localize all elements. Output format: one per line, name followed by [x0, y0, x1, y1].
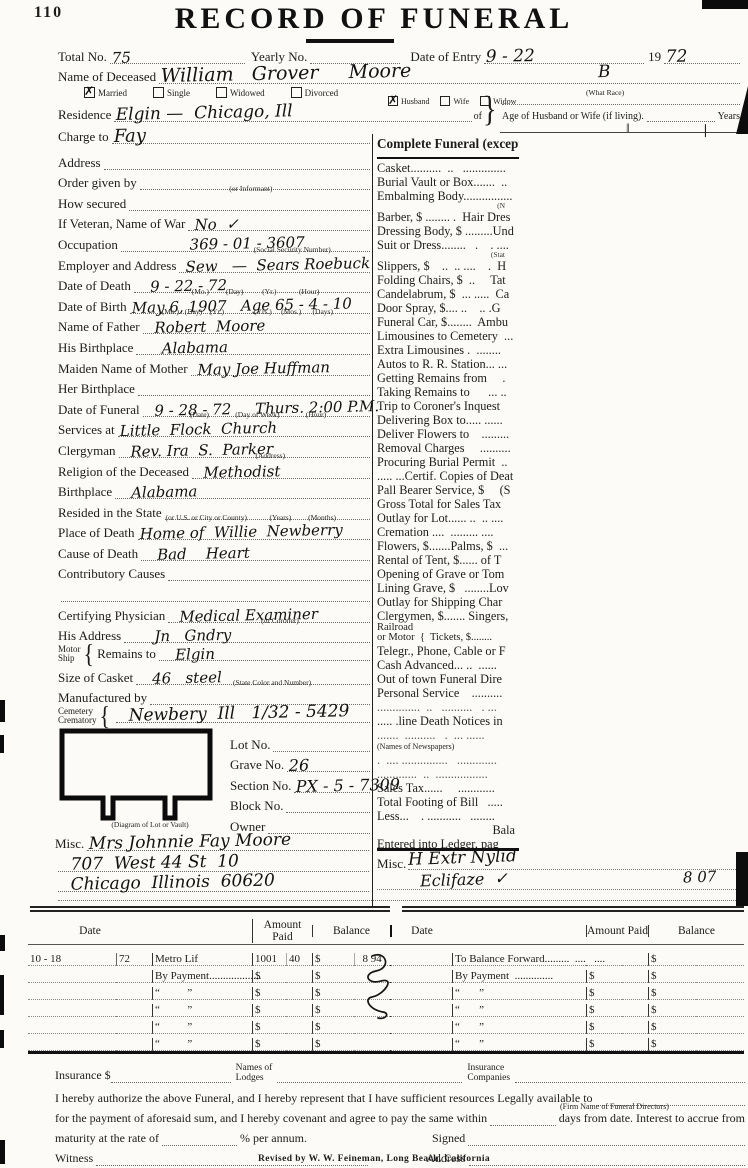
cell-amount-cents [286, 1033, 312, 1034]
charge-item: Less... . ........... ........ [377, 809, 519, 823]
charge-item: ............. .. ................. [377, 767, 519, 781]
misc-row-2: 707 West 44 St 10 [55, 851, 369, 871]
cell-balance-dollars-right: $ [648, 987, 696, 1000]
checkbox-label: Married [98, 88, 127, 98]
cell-description-right: “ ” [452, 1021, 586, 1034]
cell-amount-dollars-right [586, 965, 622, 966]
field-sublabel: (Date) (Day of Week) (Hour) [128, 411, 326, 418]
ledger-row: “ ” $ $ “ ” $ $ [28, 1034, 744, 1051]
charge-item: Procuring Burial Permit .. [377, 455, 519, 469]
charges-column: Complete Funeral (except o Casket.......… [377, 137, 519, 851]
charge-item: Gross Total for Sales Tax [377, 497, 519, 511]
total-no-value: 75 [112, 49, 131, 67]
misc-value-3: Chicago Illinois 60620 [60, 870, 275, 894]
lot-field: Grave No. 26 [230, 752, 370, 773]
age-dots [647, 109, 715, 122]
date-of-entry-label: Date of Entry [410, 50, 481, 64]
field-list: Address Order given by (or Informant) [58, 149, 370, 643]
cell-amount-cents-right [622, 1033, 648, 1034]
residence-row: Residence Elgin — Chicago, Ill of [58, 104, 482, 122]
field-line: 26 [287, 757, 370, 772]
misc-right-line-2 [377, 888, 740, 890]
cell-year [116, 1016, 152, 1017]
form-field: Address [58, 149, 370, 170]
misc-right-label: Misc. [377, 856, 406, 872]
signed-line [468, 1133, 745, 1146]
charge-to-line: Fay [112, 129, 370, 144]
year-prefix: 19 [648, 50, 661, 64]
charge-item: Extra Limousines . ........ [377, 343, 519, 357]
charge-item: Taking Remains to ... .. [377, 385, 519, 399]
form-field: If Veteran, Name of War No ✓ [58, 211, 370, 232]
misc-right-amount: 8 07 [683, 867, 717, 886]
lot-diagram [57, 726, 219, 826]
form-field: Cause of Death Bad Heart [58, 540, 370, 561]
checkbox-icon [440, 96, 450, 106]
header-amount-left: Amount Paid [252, 919, 312, 943]
field-label: Order given by [58, 176, 137, 190]
charge-item: (Names of Newspapers) [377, 742, 519, 753]
ship-label: Ship [58, 654, 81, 663]
field-line [168, 566, 370, 581]
field-label: Date of Birth [58, 300, 127, 314]
misc-line-3: Chicago Illinois 60620 [58, 877, 369, 892]
cell-amount-cents-right [622, 1016, 648, 1017]
charge-item: Opening of Grave or Tom [377, 567, 519, 581]
rate-line [162, 1133, 237, 1146]
name-of-deceased-label: Name of Deceased [58, 70, 156, 84]
charge-item: Flowers, $.......Palms, $ ... [377, 539, 519, 553]
charge-item: Outlay for Lot...... .. .. .... [377, 511, 519, 525]
name-of-deceased-value: William Grover Moore [161, 60, 412, 87]
form-field: Contributory Causes [58, 561, 370, 582]
cemetery-stack: Cemetery Crematory [58, 707, 97, 725]
charge-item: Out of town Funeral Dire [377, 672, 519, 686]
field-list-2: Size of Casket 46 steel (State Color and… [58, 664, 370, 705]
separator-rule [30, 906, 390, 908]
form-field: Maiden Name of Mother May Joe Huffman [58, 355, 370, 376]
remains-to-field: Motor Ship { Remains to Elgin [58, 643, 370, 664]
cell-year [116, 999, 152, 1000]
charge-item: Cash Advanced... .. ...... [377, 658, 519, 672]
charge-item: (Stat [377, 252, 519, 259]
field-label: Employer and Address [58, 259, 176, 273]
cell-date [28, 1033, 116, 1034]
lodges-label-bottom: Lodges [236, 1074, 273, 1084]
charge-item: (N [377, 203, 519, 210]
cell-balance-dollars-right: $ [648, 1038, 696, 1051]
scan-artifact [0, 1140, 5, 1164]
field-label: Contributory Causes [58, 567, 165, 581]
cell-balance-cents-right [696, 1016, 744, 1017]
legal-text-2b: days from date. Interest to accrue from [559, 1111, 745, 1126]
legal-text-3a: maturity at the rate of [55, 1131, 159, 1146]
cell-description-right: “ ” [452, 987, 586, 1000]
charge-item: Cremation .... ......... .... [377, 525, 519, 539]
date-of-entry-value: 9 - 22 [486, 46, 535, 67]
tick-mark: ❘ [700, 122, 711, 138]
field-label: Religion of the Deceased [58, 465, 189, 479]
charge-item: Total Footing of Bill ..... [377, 795, 519, 809]
signed-label: Signed [432, 1131, 465, 1146]
cell-description-right: To Balance Forward......... .... .... [452, 953, 586, 966]
cell-balance-cents [354, 1033, 390, 1034]
checkbox-label: Widowed [230, 88, 265, 98]
field-label: Maiden Name of Mother [58, 362, 188, 376]
field-label: Birthplace [58, 485, 112, 499]
field-line [129, 196, 370, 211]
charge-item: Candelabrum, $ ... ..... Ca [377, 287, 519, 301]
marital-checkbox-item: Widowed [216, 87, 265, 98]
field-line: Alabama [136, 340, 370, 355]
motor-ship-stack: Motor Ship [58, 645, 81, 663]
separator-rule [30, 910, 390, 912]
cell-description-right: By Payment .............. [452, 970, 586, 983]
field-label: Occupation [58, 238, 118, 252]
cell-date [28, 999, 116, 1000]
charge-item: Barber, $ ........ . Hair Dres [377, 210, 519, 224]
field-label: Block No. [230, 799, 283, 813]
relation-checkbox-item: Husband [388, 96, 429, 106]
crematory-label: Crematory [58, 716, 97, 725]
header-date-left: Date [28, 925, 152, 937]
charge-item: Deliver Flowers to ......... [377, 427, 519, 441]
charge-item: Burial Vault or Box....... .. [377, 175, 519, 189]
lot-field: Lot No. [230, 731, 370, 752]
form-field: Certifying Physician Medical Examiner (o… [58, 602, 370, 623]
field-sublabel: (State Color and Number) [128, 679, 311, 686]
field-label: Cause of Death [58, 547, 138, 561]
marital-checkbox-item: Married [84, 87, 127, 98]
field-sublabel: (or U.S. or City or County) (Years) (Mon… [128, 514, 336, 521]
legal-text-3b: % per annum. [240, 1131, 307, 1146]
revision-footer: Revised by W. W. Feineman, Long Beach, C… [0, 1154, 748, 1164]
cell-amount-cents: 40 [286, 953, 312, 966]
field-label: Size of Casket [58, 671, 133, 685]
relation-row: Husband Wife Widow [388, 96, 516, 106]
field-line: Robert Moore [143, 319, 370, 334]
scan-artifact [702, 0, 748, 9]
marital-checkbox-item: Divorced [291, 87, 339, 98]
field-sublabel: (or Informant) [128, 185, 272, 192]
cell-amount-cents-right [622, 1050, 648, 1051]
cell-amount-cents [286, 1050, 312, 1051]
field-line [138, 381, 370, 396]
legal-text-1: I hereby authorize the above Funeral, an… [55, 1091, 593, 1106]
charge-item: Folding Chairs, $ .. Tat [377, 273, 519, 287]
scanned-funeral-record: 110 RECORD OF FUNERAL Total No. 75 Yearl… [0, 0, 748, 1168]
cell-balance-dollars-right: $ [648, 1004, 696, 1017]
header-amount-right: Amount Paid [586, 925, 648, 937]
scan-artifact [0, 935, 5, 951]
lodges-label: Names of Lodges [236, 1064, 273, 1083]
ledger-header: Date Amount Paid Balance Date Amount Pai… [28, 918, 744, 945]
cell-amount-cents-right [622, 982, 648, 983]
scan-artifact [736, 852, 748, 906]
residence-value: Elgin — Chicago, Ill [116, 101, 293, 125]
title-underline [306, 39, 394, 43]
year-line: 72 [664, 49, 740, 64]
field-line: Jn Gndry [124, 628, 370, 643]
cell-amount-dollars-right: $ [586, 1038, 622, 1051]
charge-item: Bala [377, 823, 519, 837]
field-line: Methodist [192, 464, 370, 479]
form-field: Services at Little Flock Church [58, 417, 370, 438]
cell-date-right [390, 1050, 452, 1051]
year-value: 72 [666, 47, 688, 67]
field-line [286, 798, 370, 813]
charge-item: Railroad or Motor { Tickets, $........ [377, 623, 519, 644]
field-label: His Birthplace [58, 341, 133, 355]
diagram-caption: (Diagram of Lot or Vault) [70, 820, 230, 829]
insurance-dots [111, 1070, 231, 1083]
charge-item: Slippers, $ .. .. .... . H [377, 259, 519, 273]
charge-to-row: Charge to Fay [58, 126, 370, 144]
residence-label: Residence [58, 108, 111, 122]
companies-label: Insurance Companies [467, 1064, 510, 1083]
field-label: Grave No. [230, 758, 284, 772]
checkbox-icon [388, 96, 398, 106]
cell-balance-dollars-right: $ [648, 1021, 696, 1034]
field-label: Address [58, 156, 101, 170]
cell-amount-dollars-right: $ [586, 970, 622, 983]
misc-left-block: Misc. Mrs Johnnie Fay Moore 707 West 44 … [55, 831, 369, 892]
cemetery-field: Cemetery Crematory { Newbery Ill 1/32 - … [58, 705, 370, 726]
field-label: Name of Father [58, 320, 140, 334]
checkbox-label: Husband [401, 97, 429, 106]
cell-amount-dollars: $ [252, 1004, 286, 1017]
cell-date [28, 982, 116, 983]
form-field: Occupation 369 - 01 - 3607 (Social Secur… [58, 231, 370, 252]
cell-year [116, 1033, 152, 1034]
form-title: RECORD OF FUNERAL [0, 2, 748, 36]
field-sublabel: (Social Security Number) [128, 246, 331, 253]
field-label: How secured [58, 197, 126, 211]
scan-artifact [0, 700, 5, 722]
insurance-row: Insurance $ Names of Lodges Insurance Co… [55, 1064, 745, 1083]
checkbox-icon [153, 87, 164, 98]
form-field [58, 581, 370, 602]
field-line: Bad Heart [141, 546, 370, 561]
misc-label: Misc. [55, 837, 84, 851]
relation-checkbox-item: Wife [440, 96, 469, 106]
cell-date: 10 - 18 [28, 953, 116, 966]
cell-amount-dollars-right: $ [586, 987, 622, 1000]
charge-item: Funeral Car, $........ Ambu [377, 315, 519, 329]
field-label: Section No. [230, 779, 291, 793]
cell-amount-cents-right [622, 999, 648, 1000]
cell-description: By Payment................... [152, 970, 252, 983]
form-field: Religion of the Deceased Methodist [58, 458, 370, 479]
lot-field: Section No. PX - 5 - 7309 [230, 772, 370, 793]
charge-to-label: Charge to [58, 130, 109, 144]
cell-balance-cents-right [696, 965, 744, 966]
cell-amount-dollars: $ [252, 970, 286, 983]
cell-date [28, 1016, 116, 1017]
checkbox-label: Single [167, 88, 190, 98]
charge-item: Complete Funeral (except o [377, 137, 519, 159]
charge-item: Pall Bearer Service, $ (S [377, 483, 519, 497]
residence-line: Elgin — Chicago, Ill [114, 107, 471, 122]
cell-amount-cents [286, 1016, 312, 1017]
charge-item: Lining Grave, $ ........Lov [377, 581, 519, 595]
cell-amount-dollars: $ [252, 1038, 286, 1051]
charge-item: Removal Charges .......... [377, 441, 519, 455]
form-field: Size of Casket 46 steel (State Color and… [58, 664, 370, 685]
charge-item: .............. .. .......... . ... [377, 700, 519, 714]
marital-status-row: Married Single Widowed Divorced [84, 87, 338, 98]
field-line: May Joe Huffman [191, 361, 370, 376]
misc-row-3: Chicago Illinois 60620 [55, 872, 369, 892]
remains-to-line: Elgin [159, 646, 370, 661]
remains-to-value: Elgin [161, 645, 215, 664]
field-label: Place of Death [58, 526, 135, 540]
cell-description: “ ” [152, 987, 252, 1000]
field-line: Little Flock Church [118, 422, 370, 437]
days-line [490, 1113, 556, 1126]
form-field: How secured [58, 190, 370, 211]
form-field: His Address Jn Gndry [58, 623, 370, 644]
separator-rule [402, 906, 744, 908]
pre-ledger-dotted-line [58, 899, 742, 901]
cell-amount-dollars-right: $ [586, 1021, 622, 1034]
checkbox-label: Divorced [305, 88, 339, 98]
total-no-line: 75 [110, 49, 245, 64]
charge-to-value: Fay [113, 125, 146, 147]
insurance-label: Insurance $ [55, 1068, 111, 1083]
charge-item: Casket.......... .. .............. [377, 161, 519, 175]
form-field: Employer and Address Sew — Sears Roebuck [58, 252, 370, 273]
brace-glyph: } [483, 89, 496, 131]
name-line: William Grover Moore [159, 69, 740, 84]
form-field: Clergyman Rev. Ira S. Parker (Address) [58, 437, 370, 458]
field-label: Her Birthplace [58, 382, 135, 396]
field-label: Lot No. [230, 738, 270, 752]
scan-artifact [0, 1030, 4, 1048]
field-sublabel: (Mo.) (Day) (Yr.) (Hour) [128, 288, 319, 295]
field-line: PX - 5 - 7309 [294, 778, 370, 793]
field-line [61, 587, 370, 602]
field-line [273, 737, 370, 752]
field-line: Sew — Sears Roebuck [179, 258, 370, 273]
firm-name-sublabel: (Firm Name of Funeral Directors) [560, 1102, 669, 1111]
legal-text-2a: for the payment of aforesaid sum, and I … [55, 1111, 487, 1126]
charge-item: Clergymen, $....... Singers, [377, 609, 519, 623]
field-sublabel: (Address) [128, 452, 285, 459]
total-no-label: Total No. [58, 50, 107, 64]
field-label: If Veteran, Name of War [58, 217, 185, 231]
form-field: Date of Funeral 9 - 28 - 72 Thurs. 2:00 … [58, 396, 370, 417]
field-label: Services at [58, 423, 115, 437]
cell-balance-cents-right [696, 999, 744, 1000]
column-divider [372, 134, 373, 906]
race-value: B [598, 62, 611, 82]
charge-item: Dressing Body, $ .........Und [377, 224, 519, 238]
charge-item: Autos to R. R. Station... ... [377, 357, 519, 371]
form-field: Resided in the State (or U.S. or City or… [58, 499, 370, 520]
field-line: Alabama [115, 484, 370, 499]
tick-mark: ‖ [626, 120, 630, 136]
cell-description: Metro Lif [152, 953, 252, 966]
cell-year [116, 1050, 152, 1051]
form-field: Birthplace Alabama [58, 479, 370, 500]
age-line: Age of Husband or Wife (if living). Year… [502, 109, 740, 122]
field-line: Home of Willie Newberry [138, 525, 370, 540]
charge-item: Sales Tax...... ............ [377, 781, 519, 795]
marital-checkbox-item: Single [153, 87, 190, 98]
cell-balance-cents [354, 1050, 390, 1051]
cell-amount-cents [286, 999, 312, 1000]
charge-item: Rental of Tent, $...... of T [377, 553, 519, 567]
charge-item: Personal Service .......... [377, 686, 519, 700]
companies-label-bottom: Companies [467, 1074, 510, 1084]
charge-item: Getting Remains from . [377, 371, 519, 385]
scan-artifact [0, 735, 4, 753]
cell-year [116, 982, 152, 983]
cell-amount-dollars: $ [252, 1021, 286, 1034]
lodges-dots [277, 1070, 462, 1083]
cell-balance-dollars: $ [312, 1038, 354, 1051]
charge-item: . .... ............... ............. [377, 753, 519, 767]
charge-item: Limousines to Cemetery ... [377, 329, 519, 343]
misc-line-1: Mrs Johnnie Fay Moore [87, 836, 369, 851]
cell-balance-cents-right [696, 1033, 744, 1034]
lot-info-column: Lot No. Grave No. 26 Section No. PX - 5 … [230, 731, 370, 834]
form-field: Date of Birth May 6, 1907 Age 65 - 4 - 1… [58, 293, 370, 314]
cell-amount-dollars: $ [252, 987, 286, 1000]
of-label: of [474, 111, 482, 122]
cemetery-line: Newbery Ill 1/32 - 5429 [116, 708, 370, 723]
lot-field: Block No. [230, 793, 370, 814]
cell-description: “ ” [152, 1021, 252, 1034]
checkbox-icon [216, 87, 227, 98]
cell-description: “ ” [152, 1038, 252, 1051]
age-of-spouse-label: Age of Husband or Wife (if living). [502, 111, 644, 122]
cell-balance-dollars-right: $ [648, 953, 696, 966]
cell-amount-dollars: 1001 [252, 953, 286, 966]
charge-item: Telegr., Phone, Cable or F [377, 644, 519, 658]
scan-artifact [0, 975, 4, 1015]
form-field: Order given by (or Informant) [58, 170, 370, 191]
checkbox-icon [84, 87, 95, 98]
header-date-right: Date [390, 925, 452, 937]
cell-balance-dollars-right: $ [648, 970, 696, 983]
checkbox-label: Wife [453, 97, 469, 106]
legal-line-3: maturity at the rate of % per annum. Sig… [55, 1126, 745, 1146]
field-line [104, 155, 370, 170]
remains-to-label: Remains to [97, 647, 156, 661]
charge-item: Door Spray, $.... .. .. .G [377, 301, 519, 315]
cell-amount-cents [286, 982, 312, 983]
misc-right-hw1: H Extr Nylid [408, 846, 517, 870]
checkbox-icon [291, 87, 302, 98]
charge-item: Outlay for Shipping Char [377, 595, 519, 609]
field-label: Clergyman [58, 444, 116, 458]
signature-scrawl [340, 952, 410, 1024]
form-field: Name of Father Robert Moore [58, 314, 370, 335]
cell-balance-cents-right [696, 982, 744, 983]
cell-date-right [390, 1033, 452, 1034]
misc-row-1: Misc. Mrs Johnnie Fay Moore [55, 831, 369, 851]
cell-description: “ ” [152, 1004, 252, 1017]
charge-item: ..... ...Certif. Copies of Deat [377, 469, 519, 483]
form-field: His Birthplace Alabama [58, 334, 370, 355]
age-blank-line [502, 94, 740, 105]
form-field: Place of Death Home of Willie Newberry [58, 520, 370, 541]
form-field: Her Birthplace [58, 376, 370, 397]
charge-item: Trip to Coroner's Inquest [377, 399, 519, 413]
cell-amount-dollars-right: $ [586, 1004, 622, 1017]
